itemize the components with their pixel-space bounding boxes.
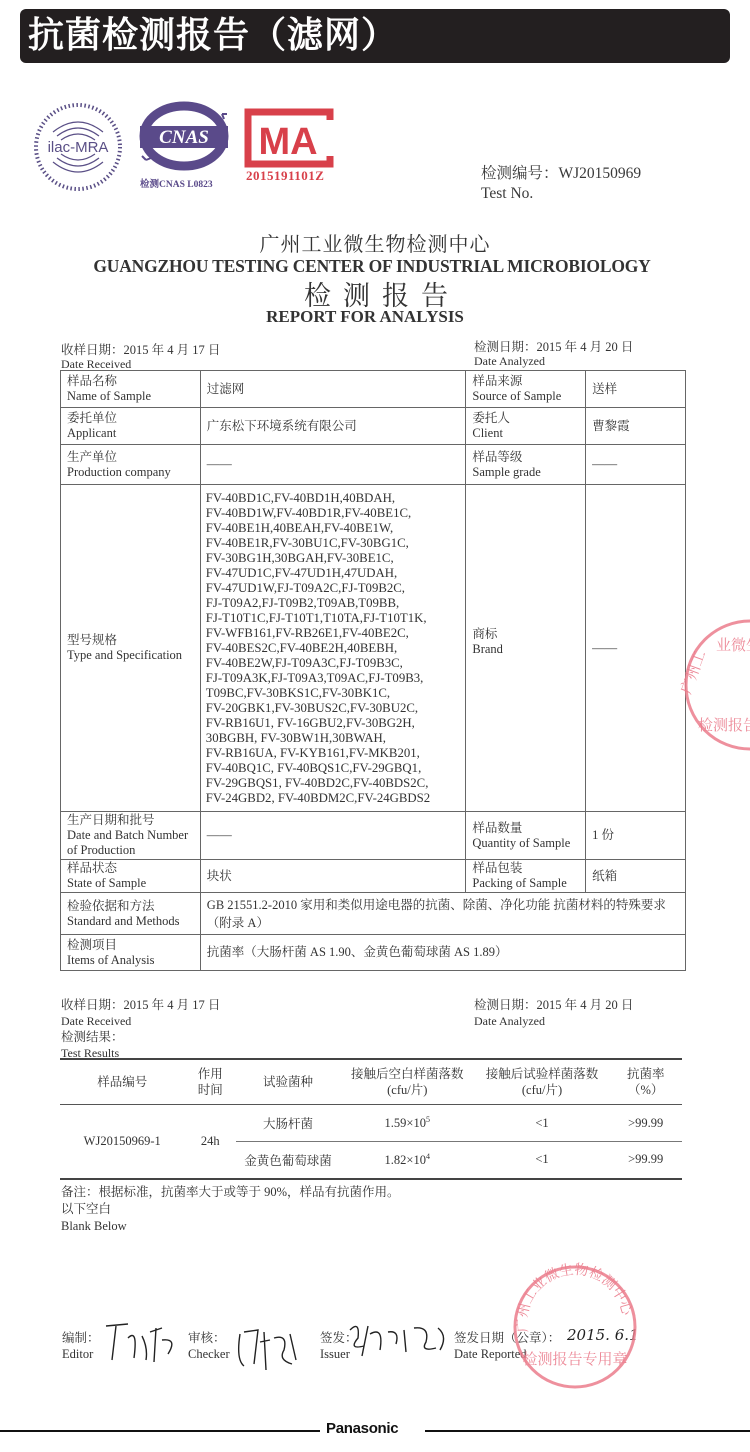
row-type-spec: 型号规格Type and Specification FV-40BD1C,FV-… <box>61 485 686 812</box>
svg-text:广州工业微生物检测中心: 广州工业微生物检测中心 <box>515 1262 635 1333</box>
footer-rule-left <box>0 1430 320 1432</box>
ilac-mra-logo-icon: ilac-MRA <box>33 102 123 192</box>
model-line: FJ-T09A3K,FJ-T09A3,T09AC,FJ-T09B3, <box>206 671 461 686</box>
batch-value: —— <box>200 812 466 860</box>
remark-text: 备注：根据标准，抗菌率大于或等于 90%，样品有抗菌作用。 <box>61 1184 400 1201</box>
row-sample-name: 样品名称Name of Sample 过滤网 样品来源Source of Sam… <box>61 371 686 408</box>
results-column-header: 接触后空白样菌落数(cfu/片) <box>340 1060 475 1105</box>
model-line: FV-40BES2C,FV-40BE2H,40BEBH, <box>206 641 461 656</box>
test-number-label: 检测编号： <box>481 165 559 182</box>
model-list: FV-40BD1C,FV-40BD1H,40BDAH,FV-40BD1W,FV-… <box>200 485 466 812</box>
sample-name-value: 过滤网 <box>200 371 466 408</box>
results-row: WJ20150969-1 24h 大肠杆菌 1.59×105 <1 >99.99 <box>60 1105 682 1142</box>
footer-rule-right <box>425 1430 750 1432</box>
model-line: FV-40BD1W,FV-40BD1R,FV-40BE1C, <box>206 506 461 521</box>
model-line: FV-40BD1C,FV-40BD1H,40BDAH, <box>206 491 461 506</box>
editor-label: 编制：Editor <box>62 1330 100 1362</box>
model-line: FV-30BG1H,30BGAH,FV-30BE1C, <box>206 551 461 566</box>
results-column-header: 样品编号 <box>60 1060 184 1105</box>
sample-grade-value: —— <box>586 445 686 485</box>
sample-id-cell: WJ20150969-1 <box>60 1105 184 1179</box>
row-applicant: 委托单位Applicant 广东松下环境系统有限公司 委托人Client 曹黎霞 <box>61 408 686 445</box>
model-line: FJ-T09A2,FJ-T09B2,T09AB,T09BB, <box>206 596 461 611</box>
sample-source-value: 送样 <box>586 371 686 408</box>
notes: 备注：根据标准，抗菌率大于或等于 90%，样品有抗菌作用。 以下空白 Blank… <box>61 1184 400 1235</box>
checker-signature-icon <box>234 1320 314 1372</box>
model-line: FV-24GBD2, FV-40BDM2C,FV-24GBDS2 <box>206 791 461 806</box>
svg-text:ilac-MRA: ilac-MRA <box>48 139 109 156</box>
results-column-header: 作用时间 <box>184 1060 236 1105</box>
model-line: FJ-T10T1C,FJ-T10T1,T10TA,FJ-T10T1K, <box>206 611 461 626</box>
duration-cell: 24h <box>184 1105 236 1179</box>
banner-title: 抗菌检测报告（滤网） <box>28 13 398 59</box>
test-number-label-en: Test No. <box>481 184 641 204</box>
test-number-value: WJ20150969 <box>559 165 642 182</box>
results-table: 样品编号作用时间试验菌种接触后空白样菌落数(cfu/片)接触后试验样菌落数(cf… <box>60 1060 682 1180</box>
row-production-company: 生产单位Production company —— 样品等级Sample gra… <box>61 445 686 485</box>
footer-brand: Panasonic <box>326 1420 398 1437</box>
test-number: 检测编号：WJ20150969 Test No. <box>481 164 641 204</box>
svg-text:广州工: 广州工 <box>677 648 709 696</box>
model-line: FV-40BE1H,40BEAH,FV-40BE1W, <box>206 521 461 536</box>
cnas-caption: 检测CNAS L0823 <box>140 176 213 190</box>
svg-text:MA: MA <box>258 121 317 163</box>
cma-caption: 2015191101Z <box>246 168 324 184</box>
model-line: FV-47UD1W,FJ-T09A2C,FJ-T09B2C, <box>206 581 461 596</box>
row-state: 样品状态State of Sample 块状 样品包装Packing of Sa… <box>61 860 686 893</box>
standard-value: GB 21551.2-2010 家用和类似用途电器的抗菌、除菌、净化功能 抗菌材… <box>200 893 685 935</box>
model-line: FV-29GBQS1, FV-40BD2C,FV-40BDS2C, <box>206 776 461 791</box>
results-header-row: 样品编号作用时间试验菌种接触后空白样菌落数(cfu/片)接触后试验样菌落数(cf… <box>60 1060 682 1105</box>
svg-text:检测报告: 检测报告 <box>698 716 750 734</box>
results-label: 检测结果： <box>61 1029 220 1045</box>
results-dates: 收样日期：2015 年 4 月 17 日 Date Received 检测结果：… <box>61 997 220 1061</box>
svg-text:检测报告专用章: 检测报告专用章 <box>522 1350 627 1368</box>
packing-value: 纸箱 <box>586 860 686 893</box>
row-items: 检测项目Items of Analysis 抗菌率（大肠杆菌 AS 1.90、金… <box>61 935 686 971</box>
issuer-signature-icon <box>340 1316 452 1362</box>
model-line: FV-WFB161,FV-RB26E1,FV-40BE2C, <box>206 626 461 641</box>
report-title-en: REPORT FOR ANALYSIS <box>0 307 740 327</box>
partial-seal-icon: 检测报告 业微生 广州工 <box>668 610 750 760</box>
svg-text:业微生: 业微生 <box>716 636 750 654</box>
model-line: FV-40BE1R,FV-30BU1C,FV-30BG1C, <box>206 536 461 551</box>
row-batch: 生产日期和批号Date and Batch Number of Producti… <box>61 812 686 860</box>
editor-signature-icon <box>98 1318 188 1368</box>
sample-info-table: 样品名称Name of Sample 过滤网 样品来源Source of Sam… <box>60 370 686 971</box>
date-received: 收样日期：2015 年 4 月 17 日 Date Received <box>61 343 220 371</box>
model-line: FV-RB16U1, FV-16GBU2,FV-30BG2H, <box>206 716 461 731</box>
official-seal-icon: 广州工业微生物检测中心 检测报告专用章 <box>510 1262 640 1392</box>
production-company-value: —— <box>200 445 466 485</box>
model-line: FV-20GBK1,FV-30BUS2C,FV-30BU2C, <box>206 701 461 716</box>
checker-label: 审核：Checker <box>188 1330 230 1362</box>
model-line: FV-40BQ1C, FV-40BQS1C,FV-29GBQ1, <box>206 761 461 776</box>
state-value: 块状 <box>200 860 466 893</box>
org-name-cn: 广州工业微生物检测中心 <box>0 228 750 257</box>
results-column-header: 试验菌种 <box>236 1060 340 1105</box>
model-line: T09BC,FV-30BKS1C,FV-30BK1C, <box>206 686 461 701</box>
model-line: 30BGBH, FV-30BW1H,30BWAH, <box>206 731 461 746</box>
svg-text:CNAS: CNAS <box>159 127 209 148</box>
date-analyzed: 检测日期：2015 年 4 月 20 日 Date Analyzed <box>474 340 633 368</box>
model-line: FV-40BE2W,FJ-T09A3C,FJ-T09B3C, <box>206 656 461 671</box>
applicant-value: 广东松下环境系统有限公司 <box>200 408 466 445</box>
client-value: 曹黎霞 <box>586 408 686 445</box>
title-banner: 抗菌检测报告（滤网） <box>20 9 730 63</box>
results-column-header: 抗菌率（%） <box>609 1060 682 1105</box>
model-line: FV-47UD1C,FV-47UD1H,47UDAH, <box>206 566 461 581</box>
items-value: 抗菌率（大肠杆菌 AS 1.90、金黄色葡萄球菌 AS 1.89） <box>200 935 685 971</box>
row-standard: 检验依据和方法Standard and Methods GB 21551.2-2… <box>61 893 686 935</box>
results-column-header: 接触后试验样菌落数(cfu/片) <box>475 1060 610 1105</box>
model-line: FV-RB16UA, FV-KYB161,FV-MKB201, <box>206 746 461 761</box>
results-date-analyzed: 检测日期：2015 年 4 月 20 日 Date Analyzed <box>474 997 633 1029</box>
quantity-value: 1 份 <box>586 812 686 860</box>
